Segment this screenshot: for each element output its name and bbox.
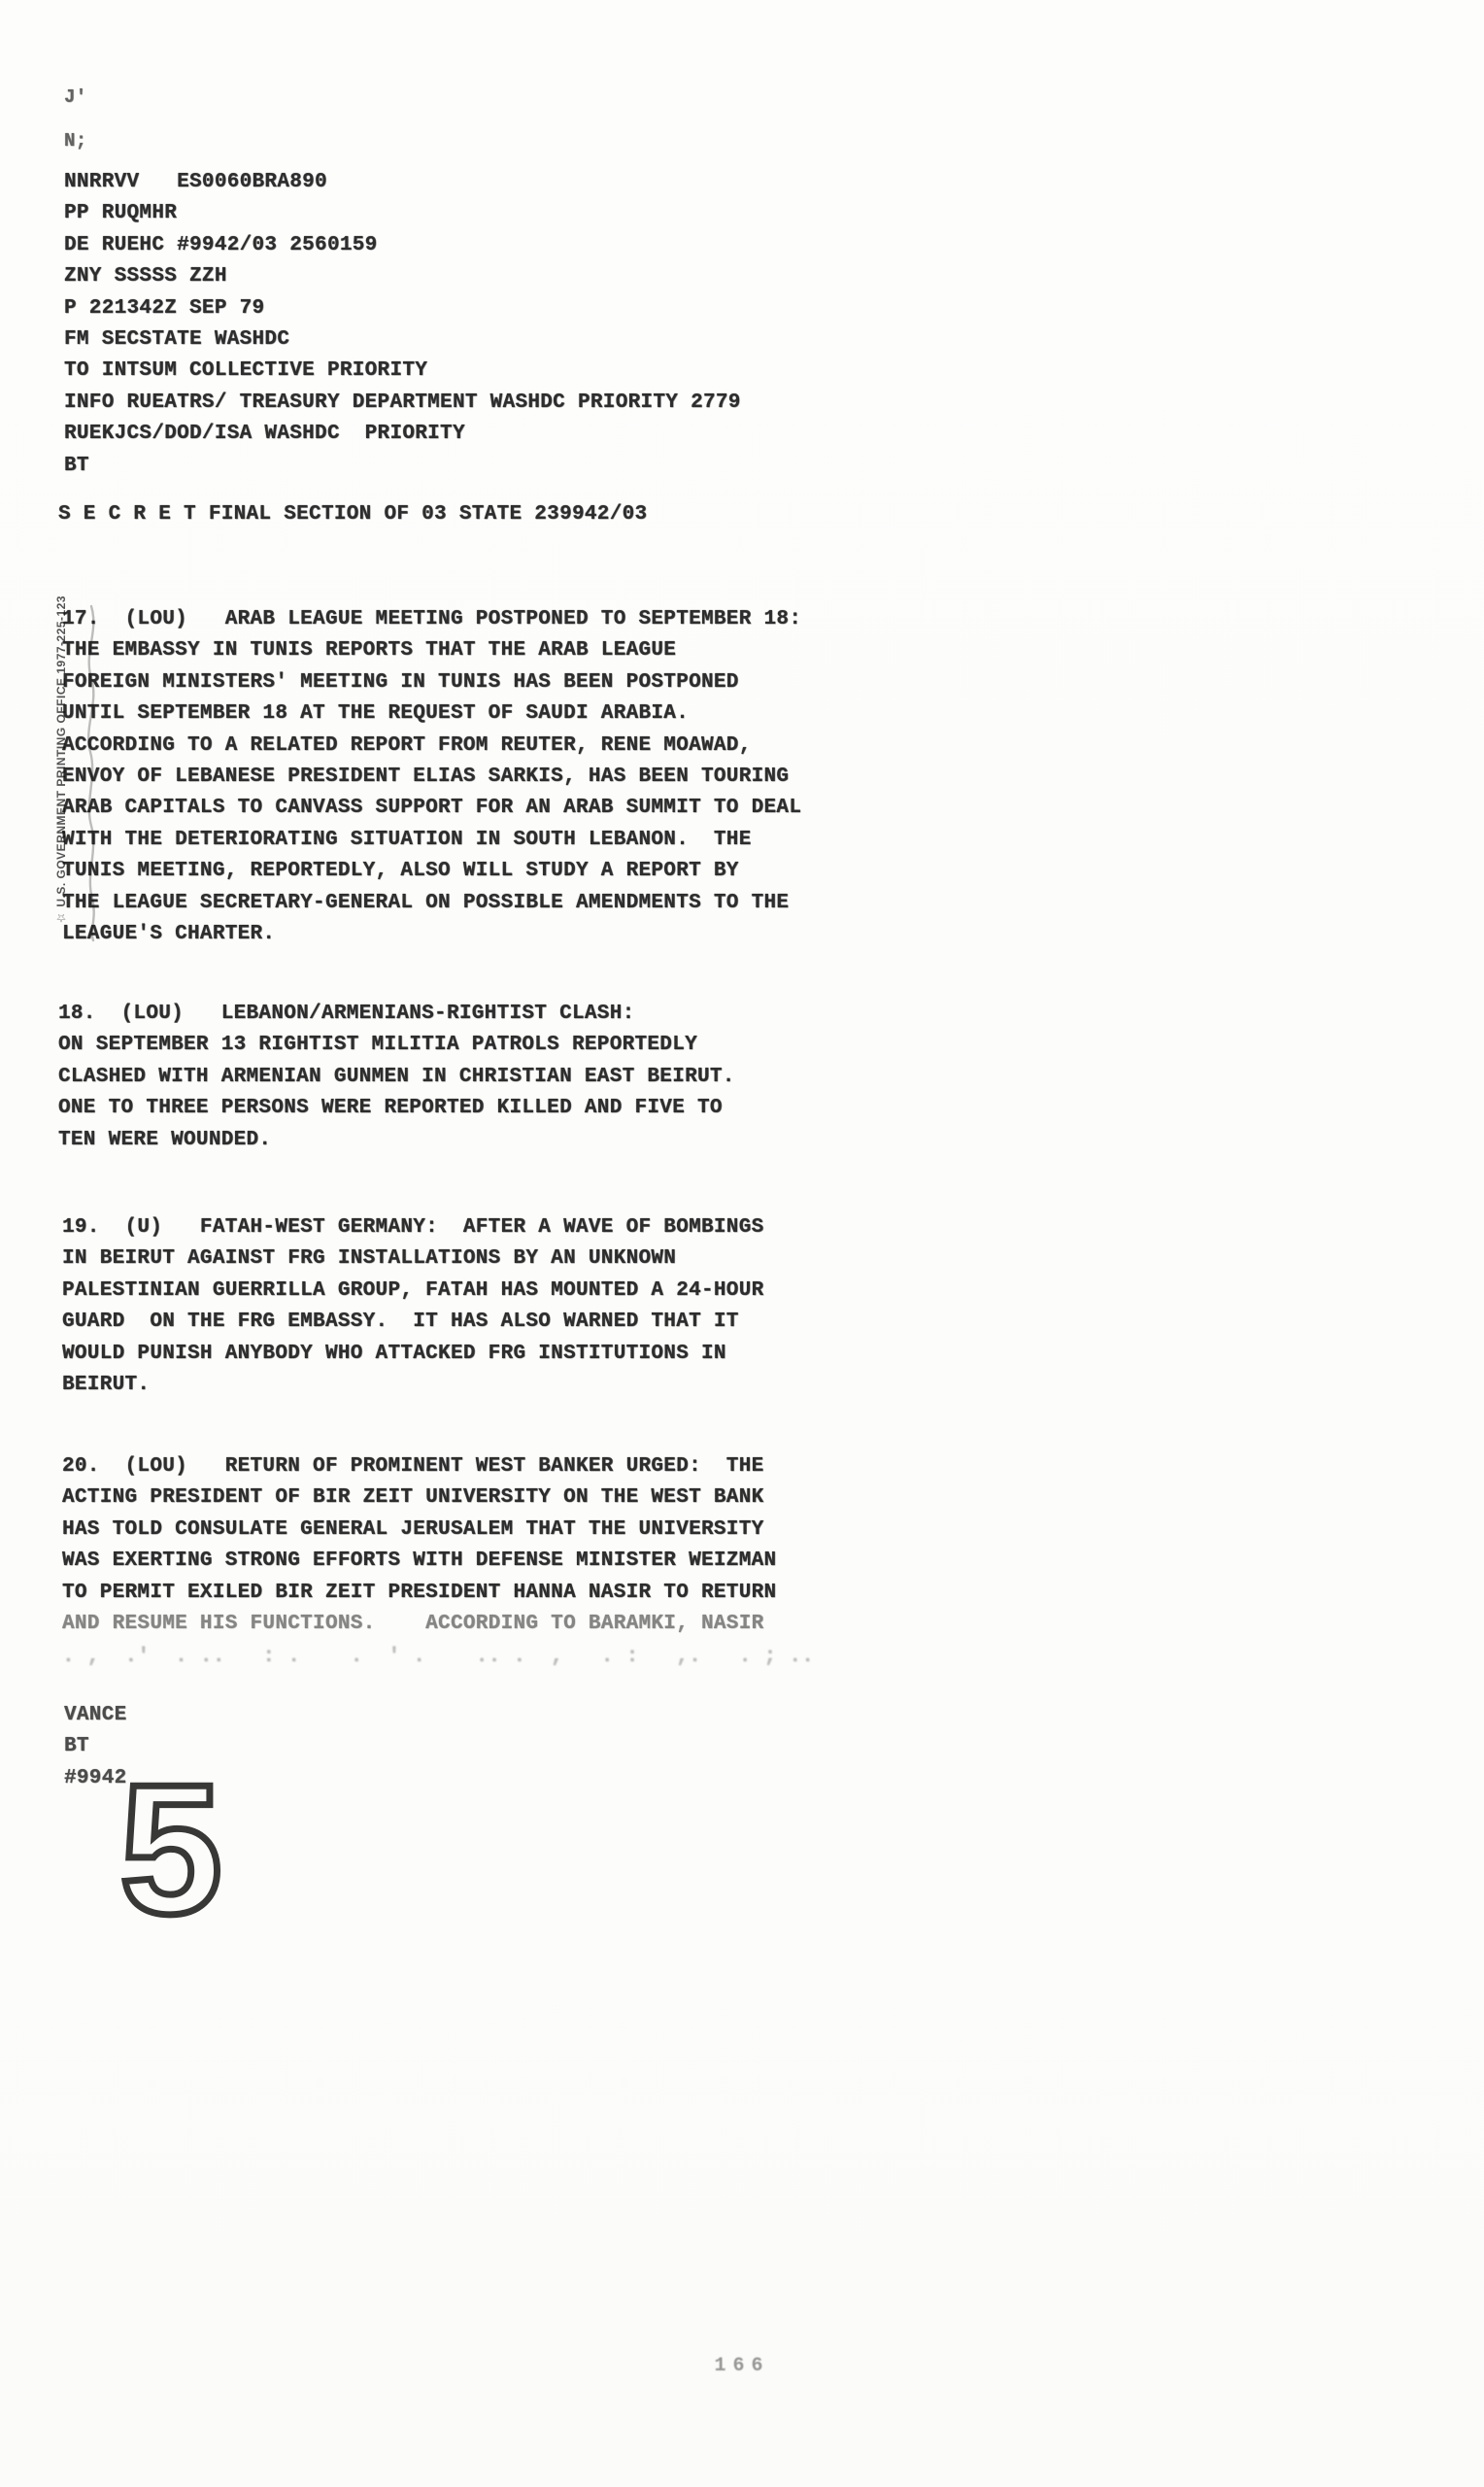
- page-stamp-5: 5: [101, 1755, 247, 1949]
- paragraph-18: 18. (LOU) LEBANON/ARMENIANS-RIGHTIST CLA…: [58, 999, 855, 1156]
- paragraph-19: 19. (U) FATAH-WEST GERMANY: AFTER A WAVE…: [62, 1212, 859, 1401]
- paragraph-17: 17. (LOU) ARAB LEAGUE MEETING POSTPONED …: [62, 604, 859, 950]
- paragraph-20-faded-line: AND RESUME HIS FUNCTIONS. ACCORDING TO B…: [62, 1609, 859, 1640]
- stamp-digit: 5: [119, 1755, 222, 1949]
- paragraph-20: 20. (LOU) RETURN OF PROMINENT WEST BANKE…: [62, 1451, 859, 1609]
- scanned-telegram-page: J' N; ☆ U.S. GOVERNMENT PRINTING OFFICE …: [0, 0, 1484, 2487]
- page-number: 166: [0, 2355, 1484, 2377]
- paragraph-20-illegible-line: . , .' . .. : . . ' . .. . , . : ,. . ; …: [62, 1642, 897, 1673]
- telegram-header: NNRRVV ES0060BRA890 PP RUQMHR DE RUEHC #…: [64, 167, 741, 482]
- classification-line: S E C R E T FINAL SECTION OF 03 STATE 23…: [58, 499, 647, 530]
- corner-marks: J' N;: [64, 76, 86, 163]
